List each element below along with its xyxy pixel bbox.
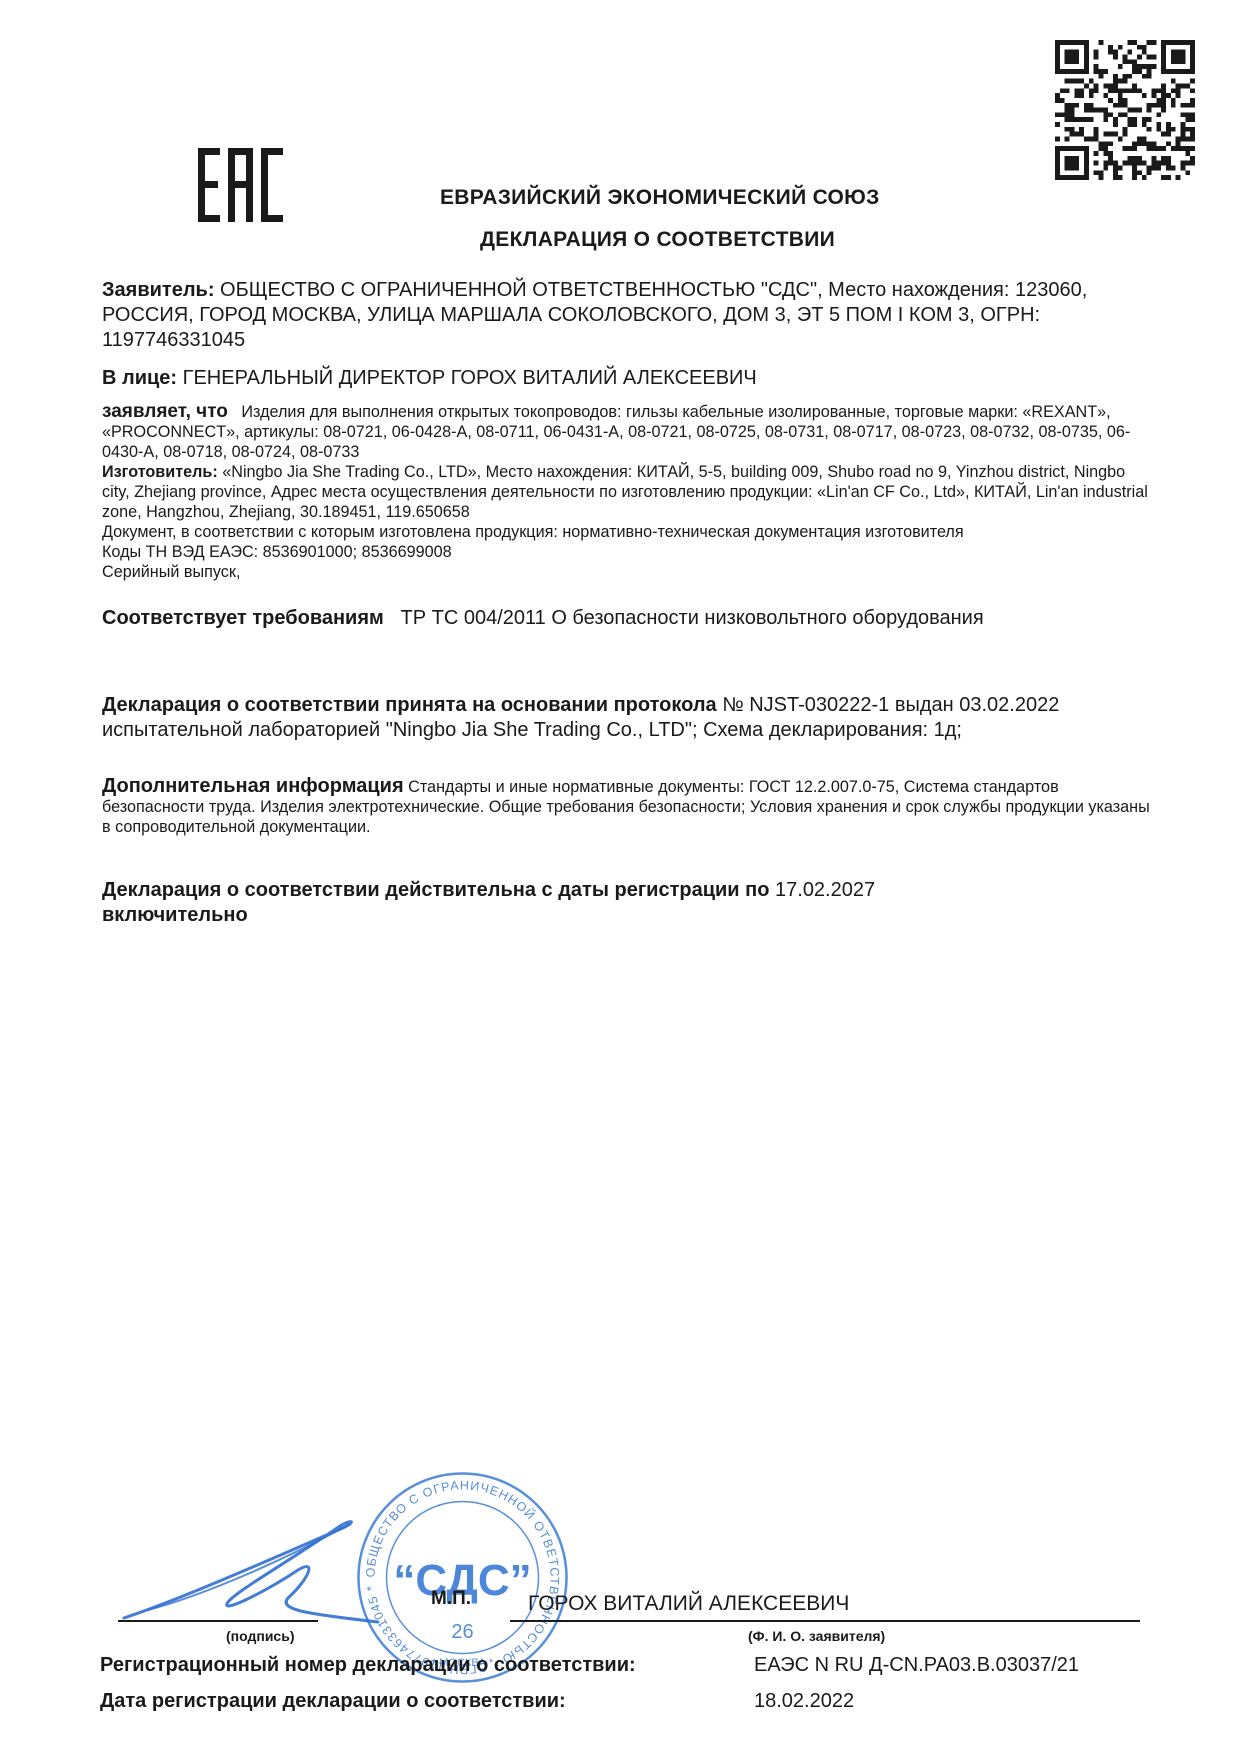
complies-text: ТР ТС 004/2011 О безопасности низковольт… — [401, 607, 984, 629]
union-title: ЕВРАЗИЙСКИЙ ЭКОНОМИЧЕСКИЙ СОЮЗ — [440, 186, 920, 210]
validity-suffix: включительно — [102, 904, 248, 926]
product-section: заявляет, что Изделия для выполнения отк… — [102, 402, 1152, 582]
name-caption: (Ф. И. О. заявителя) — [748, 1628, 885, 1644]
validity-date: 17.02.2027 — [769, 879, 875, 901]
additional-info-label: Дополнительная информация — [102, 775, 404, 797]
additional-info-section: Дополнительная информация Стандарты и ин… — [102, 776, 1152, 837]
tn-ved-codes: Коды ТН ВЭД ЕАЭС: 8536901000; 8536699008 — [102, 542, 1152, 562]
protocol-section: Декларация о соответствии принята на осн… — [102, 693, 1102, 743]
document-basis: Документ, в соответствии с которым изгот… — [102, 522, 1152, 542]
document-title: ДЕКЛАРАЦИЯ О СООТВЕТСТВИИ — [480, 228, 900, 252]
validity-label: Декларация о соответствии действительна … — [102, 879, 769, 901]
represented-by-text: ГЕНЕРАЛЬНЫЙ ДИРЕКТОР ГОРОХ ВИТАЛИЙ АЛЕКС… — [177, 367, 757, 389]
complies-section: Соответствует требованиям ТР ТС 004/2011… — [102, 606, 1152, 631]
signature-scribble — [118, 1510, 418, 1630]
declares-text: Изделия для выполнения открытых токопров… — [102, 403, 1130, 461]
registration-date-value: 18.02.2022 — [754, 1690, 854, 1713]
manufacturer-text: «Ningbo Jia She Trading Co., LTD», Место… — [102, 463, 1148, 521]
registration-date-label: Дата регистрации декларации о соответств… — [100, 1690, 566, 1713]
signature-line — [118, 1620, 318, 1622]
represented-by-label: В лице: — [102, 367, 177, 389]
qr-code — [1055, 40, 1195, 180]
registration-number-value: ЕАЭС N RU Д-CN.PA03.B.03037/21 — [754, 1654, 1079, 1677]
signer-name: ГОРОХ ВИТАЛИЙ АЛЕКСЕЕВИЧ — [528, 1592, 849, 1616]
registration-number-label: Регистрационный номер декларации о соотв… — [100, 1654, 636, 1677]
validity-section: Декларация о соответствии действительна … — [102, 878, 1152, 928]
applicant-section: Заявитель: ОБЩЕСТВО С ОГРАНИЧЕННОЙ ОТВЕТ… — [102, 278, 1152, 353]
complies-label: Соответствует требованиям — [102, 607, 384, 629]
applicant-label: Заявитель: — [102, 279, 215, 301]
protocol-label: Декларация о соответствии принята на осн… — [102, 694, 717, 716]
stamp-number: 26 — [451, 1621, 473, 1643]
eac-logo — [198, 148, 286, 222]
declares-paragraph: заявляет, что Изделия для выполнения отк… — [102, 402, 1152, 462]
manufacturer-label: Изготовитель: — [102, 463, 218, 481]
declares-label: заявляет, что — [102, 401, 228, 422]
represented-by-section: В лице: ГЕНЕРАЛЬНЫЙ ДИРЕКТОР ГОРОХ ВИТАЛ… — [102, 366, 1152, 391]
applicant-text: ОБЩЕСТВО С ОГРАНИЧЕННОЙ ОТВЕТСТВЕННОСТЬЮ… — [102, 279, 1087, 351]
signature-caption: (подпись) — [226, 1628, 295, 1644]
manufacturer-paragraph: Изготовитель: «Ningbo Jia She Trading Co… — [102, 462, 1152, 522]
production-type: Серийный выпуск, — [102, 562, 1152, 582]
name-line — [510, 1620, 1140, 1622]
stamp-mark: М.П. — [431, 1588, 471, 1610]
